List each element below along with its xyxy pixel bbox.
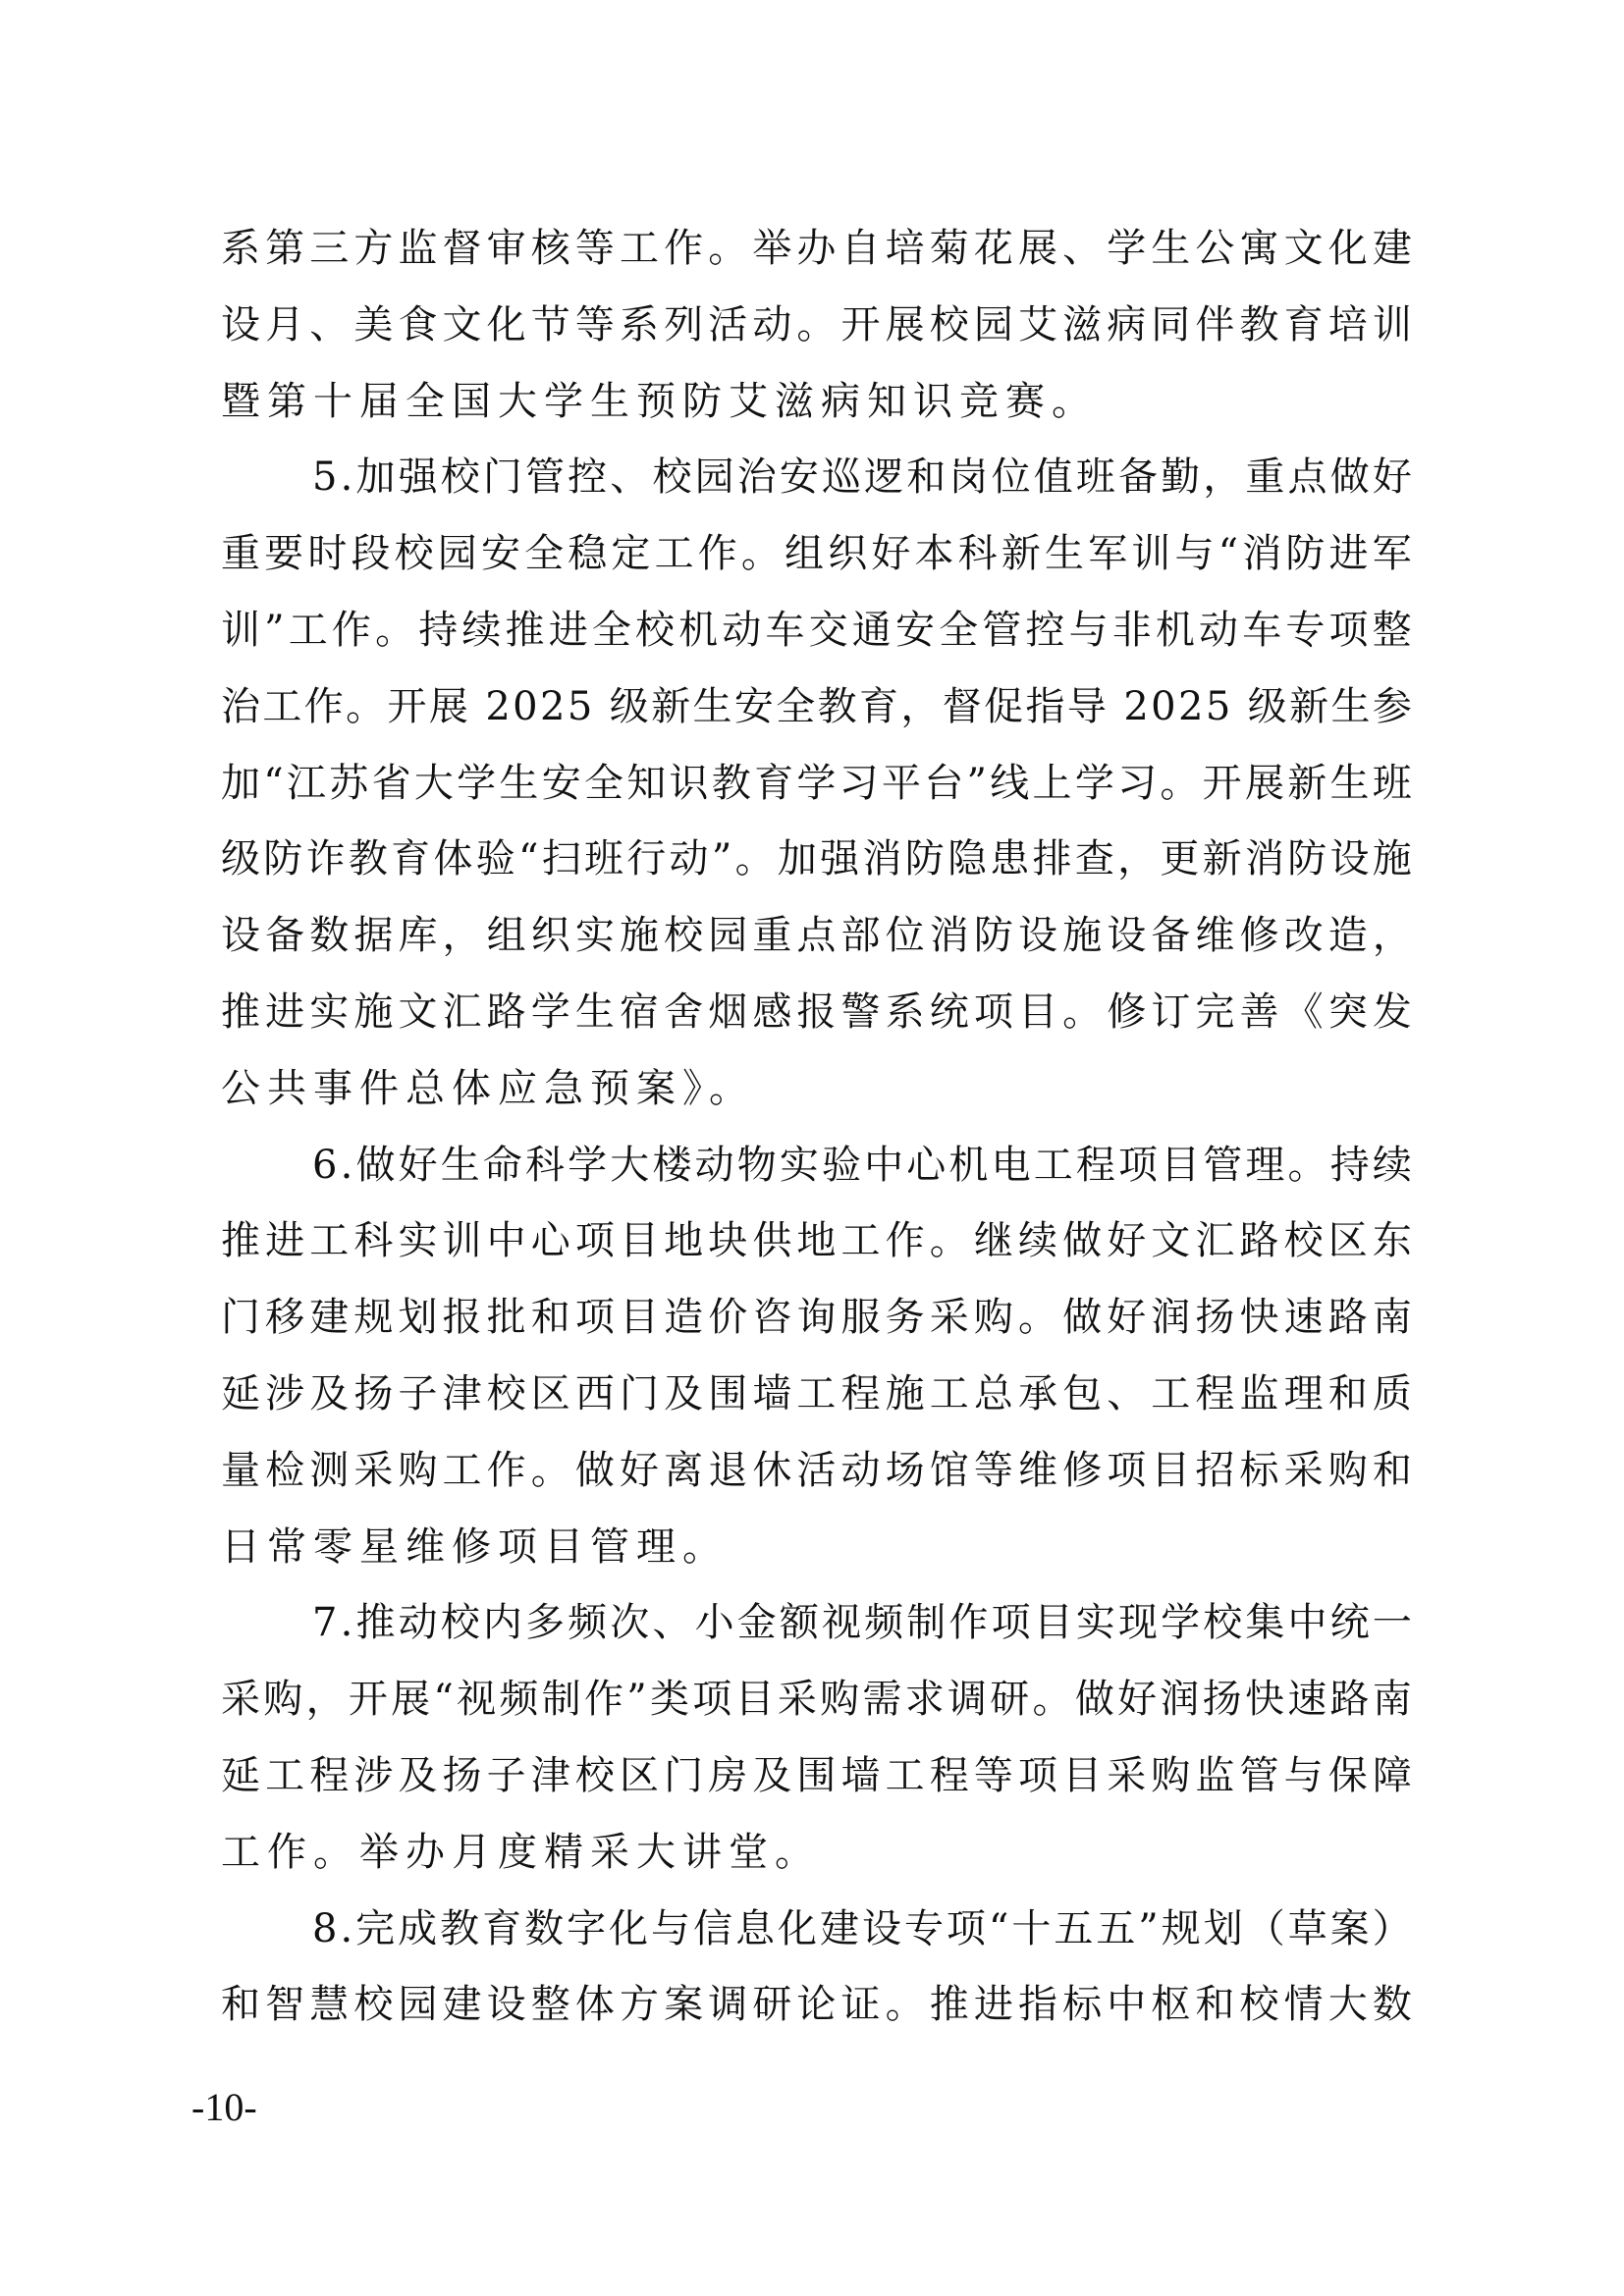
glyph: 作	[698, 523, 737, 600]
glyph: 安	[780, 447, 819, 523]
glyph: 物	[737, 1135, 777, 1211]
text-line: 设备数据库，组织实施校园重点部位消防设施设备维修改造，	[221, 905, 1412, 982]
glyph: 动	[752, 294, 791, 371]
glyph: 论	[796, 1974, 836, 2051]
glyph: 规	[353, 1287, 393, 1363]
glyph: 工	[443, 1440, 482, 1517]
glyph: 学	[1161, 1592, 1200, 1669]
glyph: 训	[443, 1210, 482, 1287]
glyph: 生	[1045, 523, 1084, 600]
glyph: 与	[651, 1898, 690, 1975]
glyph: 安	[542, 753, 581, 829]
glyph: 好	[620, 1440, 659, 1517]
glyph: “	[989, 1898, 1008, 1975]
glyph: 活	[708, 294, 747, 371]
glyph: 工	[930, 1363, 969, 1440]
glyph: 指	[1026, 676, 1065, 753]
glyph: 治	[221, 676, 260, 753]
text-line: 推进实施文汇路学生宿舍烟感报警系统项目。修订完善《突发	[221, 982, 1412, 1058]
glyph: 务	[886, 1287, 925, 1363]
glyph: 和	[1328, 1363, 1368, 1440]
glyph: 进	[549, 600, 588, 676]
glyph: 购	[1328, 1440, 1368, 1517]
glyph: 美	[353, 294, 393, 371]
glyph: 中	[1288, 1592, 1327, 1669]
glyph: 展	[391, 1669, 430, 1745]
glyph: 集	[1245, 1592, 1284, 1669]
glyph: 涉	[265, 1363, 304, 1440]
glyph: 工	[1151, 1363, 1190, 1440]
glyph: 楼	[652, 1135, 691, 1211]
glyph: 2	[1178, 676, 1203, 753]
glyph: 保	[1328, 1745, 1368, 1822]
glyph: 作	[487, 1440, 526, 1517]
glyph: 验	[476, 828, 515, 905]
glyph: 滋	[1062, 294, 1102, 371]
glyph: 学	[457, 753, 496, 829]
glyph: 频	[568, 1592, 607, 1669]
glyph: 快	[1240, 1287, 1279, 1363]
glyph: 生	[575, 982, 615, 1058]
body-text: 系第三方监督审核等工作。举办自培菊花展、学生公寓文化建 设月、美食文化节等系列活…	[221, 218, 1412, 2051]
glyph: 防	[1285, 523, 1325, 600]
glyph: 备	[1151, 905, 1190, 982]
glyph: 参	[1373, 676, 1412, 753]
glyph: 枢	[1151, 1974, 1190, 2051]
glyph: 2	[540, 676, 565, 753]
glyph: 施	[620, 905, 659, 982]
glyph: 据	[353, 905, 393, 982]
glyph: ，	[1117, 828, 1157, 905]
glyph: 承	[1018, 1363, 1057, 1440]
glyph: 次	[610, 1592, 649, 1669]
glyph: 好	[399, 1135, 438, 1211]
glyph: 、	[652, 1592, 691, 1669]
glyph: 开	[841, 294, 881, 371]
glyph: 育	[859, 676, 898, 753]
glyph: 汇	[443, 982, 482, 1058]
glyph: 大	[610, 1135, 649, 1211]
glyph: 继	[974, 1210, 1013, 1287]
glyph: .	[341, 447, 353, 523]
glyph: 动	[399, 1592, 438, 1669]
glyph: 程	[1195, 1363, 1234, 1440]
glyph: 采	[353, 1440, 393, 1517]
glyph: 购	[1151, 1745, 1190, 1822]
glyph: 做	[1062, 1210, 1102, 1287]
glyph: 宿	[620, 982, 659, 1058]
glyph: 推	[221, 1210, 260, 1287]
glyph: 8	[312, 1898, 337, 1975]
glyph: 。	[531, 1440, 570, 1517]
glyph: 校	[1240, 1974, 1279, 2051]
glyph: 和	[531, 1287, 570, 1363]
glyph: 文	[1284, 218, 1324, 294]
glyph: 台	[924, 753, 963, 829]
glyph: 0	[513, 676, 537, 753]
glyph: 造	[1328, 905, 1368, 982]
glyph: 防	[905, 828, 945, 905]
glyph: 调	[947, 1669, 987, 1745]
glyph: 诈	[306, 828, 346, 905]
glyph: 科	[525, 1135, 565, 1211]
glyph: 购	[820, 1669, 859, 1745]
glyph: 校	[930, 294, 969, 371]
paragraph-8-first-line: 8.完成教育数字化与信息化建设专项“十五五”规划（草案）	[221, 1898, 1412, 1975]
glyph: 重	[752, 905, 791, 982]
glyph: 位	[992, 447, 1031, 523]
glyph: 突	[1328, 982, 1368, 1058]
glyph: 防	[974, 905, 1013, 982]
glyph: 隐	[947, 828, 987, 905]
glyph: ，	[306, 1669, 346, 1745]
glyph: 咨	[752, 1287, 791, 1363]
glyph: “	[433, 1669, 453, 1745]
glyph: 修	[1240, 905, 1279, 982]
glyph: 省	[372, 753, 411, 829]
glyph: 开	[388, 676, 427, 753]
glyph: 教	[1240, 294, 1279, 371]
glyph: 控	[1025, 600, 1064, 676]
text-line: 工作。举办月度精采大讲堂。	[221, 1822, 1412, 1898]
text-line: 设月、美食文化节等系列活动。开展校园艾滋病同伴教育培训	[221, 294, 1412, 371]
glyph: 做	[1330, 447, 1370, 523]
glyph: 0	[1151, 676, 1175, 753]
glyph: 全	[584, 753, 623, 829]
glyph: 月	[265, 294, 304, 371]
glyph: 智	[265, 1974, 304, 2051]
glyph: 房	[708, 1745, 747, 1822]
glyph: 备	[1118, 447, 1158, 523]
glyph: 与	[1174, 523, 1214, 600]
glyph: 工	[841, 1210, 881, 1287]
glyph: 案	[664, 1974, 703, 2051]
glyph: 消	[1242, 523, 1281, 600]
glyph: 润	[1160, 1669, 1199, 1745]
glyph: 方	[620, 1974, 659, 2051]
glyph: 活	[796, 1440, 836, 1517]
glyph: 统	[930, 982, 969, 1058]
glyph: 目	[1161, 1135, 1200, 1211]
glyph: 润	[1151, 1287, 1190, 1363]
glyph: 展	[429, 676, 468, 753]
glyph: 询	[796, 1287, 836, 1363]
glyph: 开	[349, 1669, 388, 1745]
glyph: 查	[1075, 828, 1114, 905]
glyph: 目	[1034, 1592, 1073, 1669]
glyph: 军	[1373, 523, 1412, 600]
glyph: 开	[1203, 753, 1242, 829]
paragraph-7-first-line: 7.推动校内多频次、小金额视频制作项目实现学校集中统一	[221, 1592, 1412, 1669]
glyph: 项	[575, 1210, 615, 1287]
glyph: 建	[443, 1974, 482, 2051]
glyph: 地	[796, 1210, 836, 1287]
glyph: 速	[1287, 1669, 1326, 1745]
glyph: 作	[584, 1669, 623, 1745]
text-line: 训”工作。持续推进全校机动车交通安全管控与非机动车专项整	[221, 600, 1412, 676]
glyph: 学	[568, 1135, 607, 1211]
glyph: 津	[443, 1363, 482, 1440]
glyph: 监	[398, 218, 437, 294]
glyph: 五	[1096, 1898, 1135, 1975]
glyph: 休	[752, 1440, 791, 1517]
glyph: 报	[443, 1287, 482, 1363]
glyph: 审	[487, 218, 526, 294]
glyph: 墙	[752, 1363, 791, 1440]
glyph: 级	[1248, 676, 1287, 753]
glyph: 。	[1018, 1287, 1057, 1363]
glyph: 化	[609, 1898, 648, 1975]
glyph: “	[1218, 523, 1238, 600]
glyph: 工	[309, 1210, 349, 1287]
glyph: 。	[796, 294, 836, 371]
glyph: 和	[906, 447, 946, 523]
glyph: 采	[930, 1287, 969, 1363]
glyph: 额	[780, 1592, 819, 1669]
glyph: 购	[398, 1440, 437, 1517]
glyph: 系	[620, 294, 659, 371]
glyph: 全	[939, 600, 978, 676]
glyph: 教	[712, 753, 751, 829]
glyph: 教	[818, 676, 857, 753]
glyph: 子	[398, 1363, 437, 1440]
glyph: 识	[670, 753, 709, 829]
glyph: ”	[967, 753, 987, 829]
glyph: 。	[1160, 753, 1199, 829]
glyph: 施	[886, 1363, 925, 1440]
glyph: 慧	[309, 1974, 349, 2051]
glyph: 。	[1062, 982, 1102, 1058]
text-line: 公共事件总体应急预案》。	[221, 1058, 1412, 1135]
glyph: ）	[1373, 1898, 1412, 1975]
glyph: 量	[221, 1440, 260, 1517]
glyph: 校	[1203, 1592, 1242, 1669]
glyph: 专	[904, 1898, 944, 1975]
glyph: 巡	[822, 447, 861, 523]
glyph: 育	[1284, 294, 1324, 371]
glyph	[1233, 676, 1246, 753]
glyph: 织	[828, 523, 867, 600]
glyph: 视	[457, 1669, 496, 1745]
glyph: “	[518, 828, 538, 905]
glyph: 。	[375, 600, 414, 676]
text-line: 和智慧校园建设整体方案调研论证。推进指标中枢和校情大数	[221, 1974, 1412, 2051]
glyph: 程	[309, 1745, 349, 1822]
glyph: 消	[930, 905, 969, 982]
glyph: 库	[398, 905, 437, 982]
glyph: 重	[221, 523, 260, 600]
text-line: 推进工科实训中心项目地块供地工作。继续做好文汇路校区东	[221, 1210, 1412, 1287]
glyph: 上	[1033, 753, 1072, 829]
glyph: 5	[1206, 676, 1230, 753]
glyph: 大	[1328, 1974, 1368, 2051]
glyph: 训	[221, 600, 260, 676]
glyph: 标	[1240, 1440, 1279, 1517]
glyph: 艾	[1018, 294, 1057, 371]
glyph: 及	[398, 1745, 437, 1822]
glyph: 习	[839, 753, 879, 829]
glyph: 园	[398, 1974, 437, 2051]
glyph: 烟	[708, 982, 747, 1058]
glyph: 等	[575, 294, 615, 371]
glyph: 校	[652, 447, 691, 523]
glyph: 三	[309, 218, 349, 294]
glyph: 作	[886, 1210, 925, 1287]
glyph: 、	[1062, 218, 1102, 294]
glyph: 。	[1288, 1135, 1327, 1211]
glyph: 园	[708, 905, 747, 982]
glyph: 做	[355, 1135, 395, 1211]
glyph: 进	[1329, 523, 1369, 600]
glyph: 研	[990, 1669, 1029, 1745]
glyph: 工	[655, 523, 694, 600]
glyph: 划	[1204, 1898, 1243, 1975]
glyph: 场	[886, 1440, 925, 1517]
glyph: 控	[568, 447, 607, 523]
glyph: 路	[487, 982, 526, 1058]
glyph: 购	[974, 1287, 1013, 1363]
glyph: ，	[1373, 905, 1412, 982]
paragraph-5-first-line: 5.加强校门管控、校园治安巡逻和岗位值班备勤，重点做好	[221, 447, 1412, 523]
text-line: 延工程涉及扬子津校区门房及围墙工程等项目采购监管与保障	[221, 1745, 1412, 1822]
glyph: 督	[943, 676, 982, 753]
glyph: 作	[304, 676, 344, 753]
glyph: 需	[862, 1669, 901, 1745]
glyph: 建	[820, 1898, 859, 1975]
glyph: 汇	[1195, 1210, 1234, 1287]
glyph: 目	[1151, 1440, 1190, 1517]
glyph: 频	[864, 1592, 903, 1669]
glyph: 完	[355, 1898, 395, 1975]
glyph: 部	[841, 905, 881, 982]
glyph: 校	[664, 905, 703, 982]
glyph: 动	[1199, 600, 1238, 676]
glyph: 采	[1284, 1440, 1324, 1517]
glyph: 文	[443, 294, 482, 371]
glyph: 文	[398, 982, 437, 1058]
glyph: 推	[930, 1974, 969, 2051]
glyph: 门	[221, 1287, 260, 1363]
glyph: 管	[1240, 1745, 1279, 1822]
glyph: 建	[309, 1287, 349, 1363]
glyph: 节	[531, 294, 570, 371]
glyph: 工	[796, 1363, 836, 1440]
glyph: 安	[481, 523, 520, 600]
glyph: 加	[355, 447, 395, 523]
glyph: 教	[440, 1898, 479, 1975]
glyph: 培	[886, 218, 925, 294]
glyph: 校	[353, 1974, 393, 2051]
glyph: 生	[499, 753, 538, 829]
glyph: 障	[1373, 1745, 1412, 1822]
glyph: 工	[265, 1745, 304, 1822]
glyph: 数	[1373, 1974, 1412, 2051]
glyph: 实	[780, 1135, 819, 1211]
glyph: 退	[708, 1440, 747, 1517]
glyph: 科	[958, 523, 998, 600]
glyph: 生	[1330, 753, 1370, 829]
glyph: 导	[1067, 676, 1107, 753]
glyph: 强	[399, 447, 438, 523]
glyph: 五	[1054, 1898, 1093, 1975]
glyph: 。	[741, 523, 781, 600]
glyph: 校	[441, 447, 480, 523]
glyph	[595, 676, 608, 753]
glyph: 现	[1118, 1592, 1158, 1669]
glyph: 理	[1284, 1363, 1324, 1440]
glyph: 施	[353, 982, 393, 1058]
glyph: 十	[1011, 1898, 1051, 1975]
glyph: 服	[841, 1287, 881, 1363]
glyph: 建	[1373, 218, 1412, 294]
glyph: 标	[1062, 1974, 1102, 2051]
glyph: 和	[1373, 1440, 1412, 1517]
glyph: 视	[822, 1592, 861, 1669]
glyph: 离	[664, 1440, 703, 1517]
glyph: 校	[395, 523, 434, 600]
glyph: 办	[796, 218, 836, 294]
glyph: 校	[487, 1363, 526, 1440]
glyph: 、	[309, 294, 349, 371]
glyph: 定	[611, 523, 650, 600]
glyph: 全	[524, 523, 564, 600]
glyph: 防	[1287, 828, 1326, 905]
glyph: 延	[221, 1745, 260, 1822]
text-line: 门移建规划报批和项目造价咨询服务采购。做好润扬快速路南	[221, 1287, 1412, 1363]
glyph: 感	[752, 982, 791, 1058]
glyph: 购	[263, 1669, 302, 1745]
glyph: 指	[1018, 1974, 1057, 2051]
glyph: 消	[862, 828, 901, 905]
glyph: 园	[974, 294, 1013, 371]
glyph: 线	[990, 753, 1029, 829]
glyph: 规	[1162, 1898, 1201, 1975]
glyph: 中	[487, 1210, 526, 1287]
glyph: 平	[882, 753, 921, 829]
glyph: 勤	[1161, 447, 1200, 523]
glyph: 订	[1151, 982, 1190, 1058]
glyph: 工	[1034, 1135, 1073, 1211]
glyph: 南	[1373, 1669, 1412, 1745]
glyph: 监	[1195, 1745, 1234, 1822]
text-line: 采购，开展“视频制作”类项目采购需求调研。做好润扬快速路南	[221, 1669, 1412, 1745]
glyph: 育	[754, 753, 793, 829]
glyph: 。	[735, 828, 775, 905]
glyph: 南	[1373, 1287, 1412, 1363]
glyph: 与	[1284, 1745, 1324, 1822]
glyph: 程	[1076, 1135, 1115, 1211]
glyph: 第	[265, 218, 304, 294]
glyph: 车	[1242, 600, 1281, 676]
glyph: 管	[1203, 1135, 1242, 1211]
glyph: 和	[1195, 1974, 1234, 2051]
glyph: 实	[309, 982, 349, 1058]
glyph: 门	[483, 447, 522, 523]
glyph: 数	[309, 905, 349, 982]
glyph: 重	[1245, 447, 1284, 523]
glyph: 苏	[329, 753, 368, 829]
glyph: 培	[1328, 294, 1368, 371]
text-line: 暨第十届全国大学生预防艾滋病知识竞赛。	[221, 371, 1412, 448]
glyph: 西	[575, 1363, 615, 1440]
glyph: 持	[1330, 1135, 1370, 1211]
glyph: 校	[575, 1745, 615, 1822]
glyph: 项	[947, 1898, 986, 1975]
glyph: 一	[1373, 1592, 1412, 1669]
glyph: 好	[1373, 447, 1412, 523]
glyph: 伴	[1195, 294, 1234, 371]
glyph: 续	[1373, 1135, 1412, 1211]
